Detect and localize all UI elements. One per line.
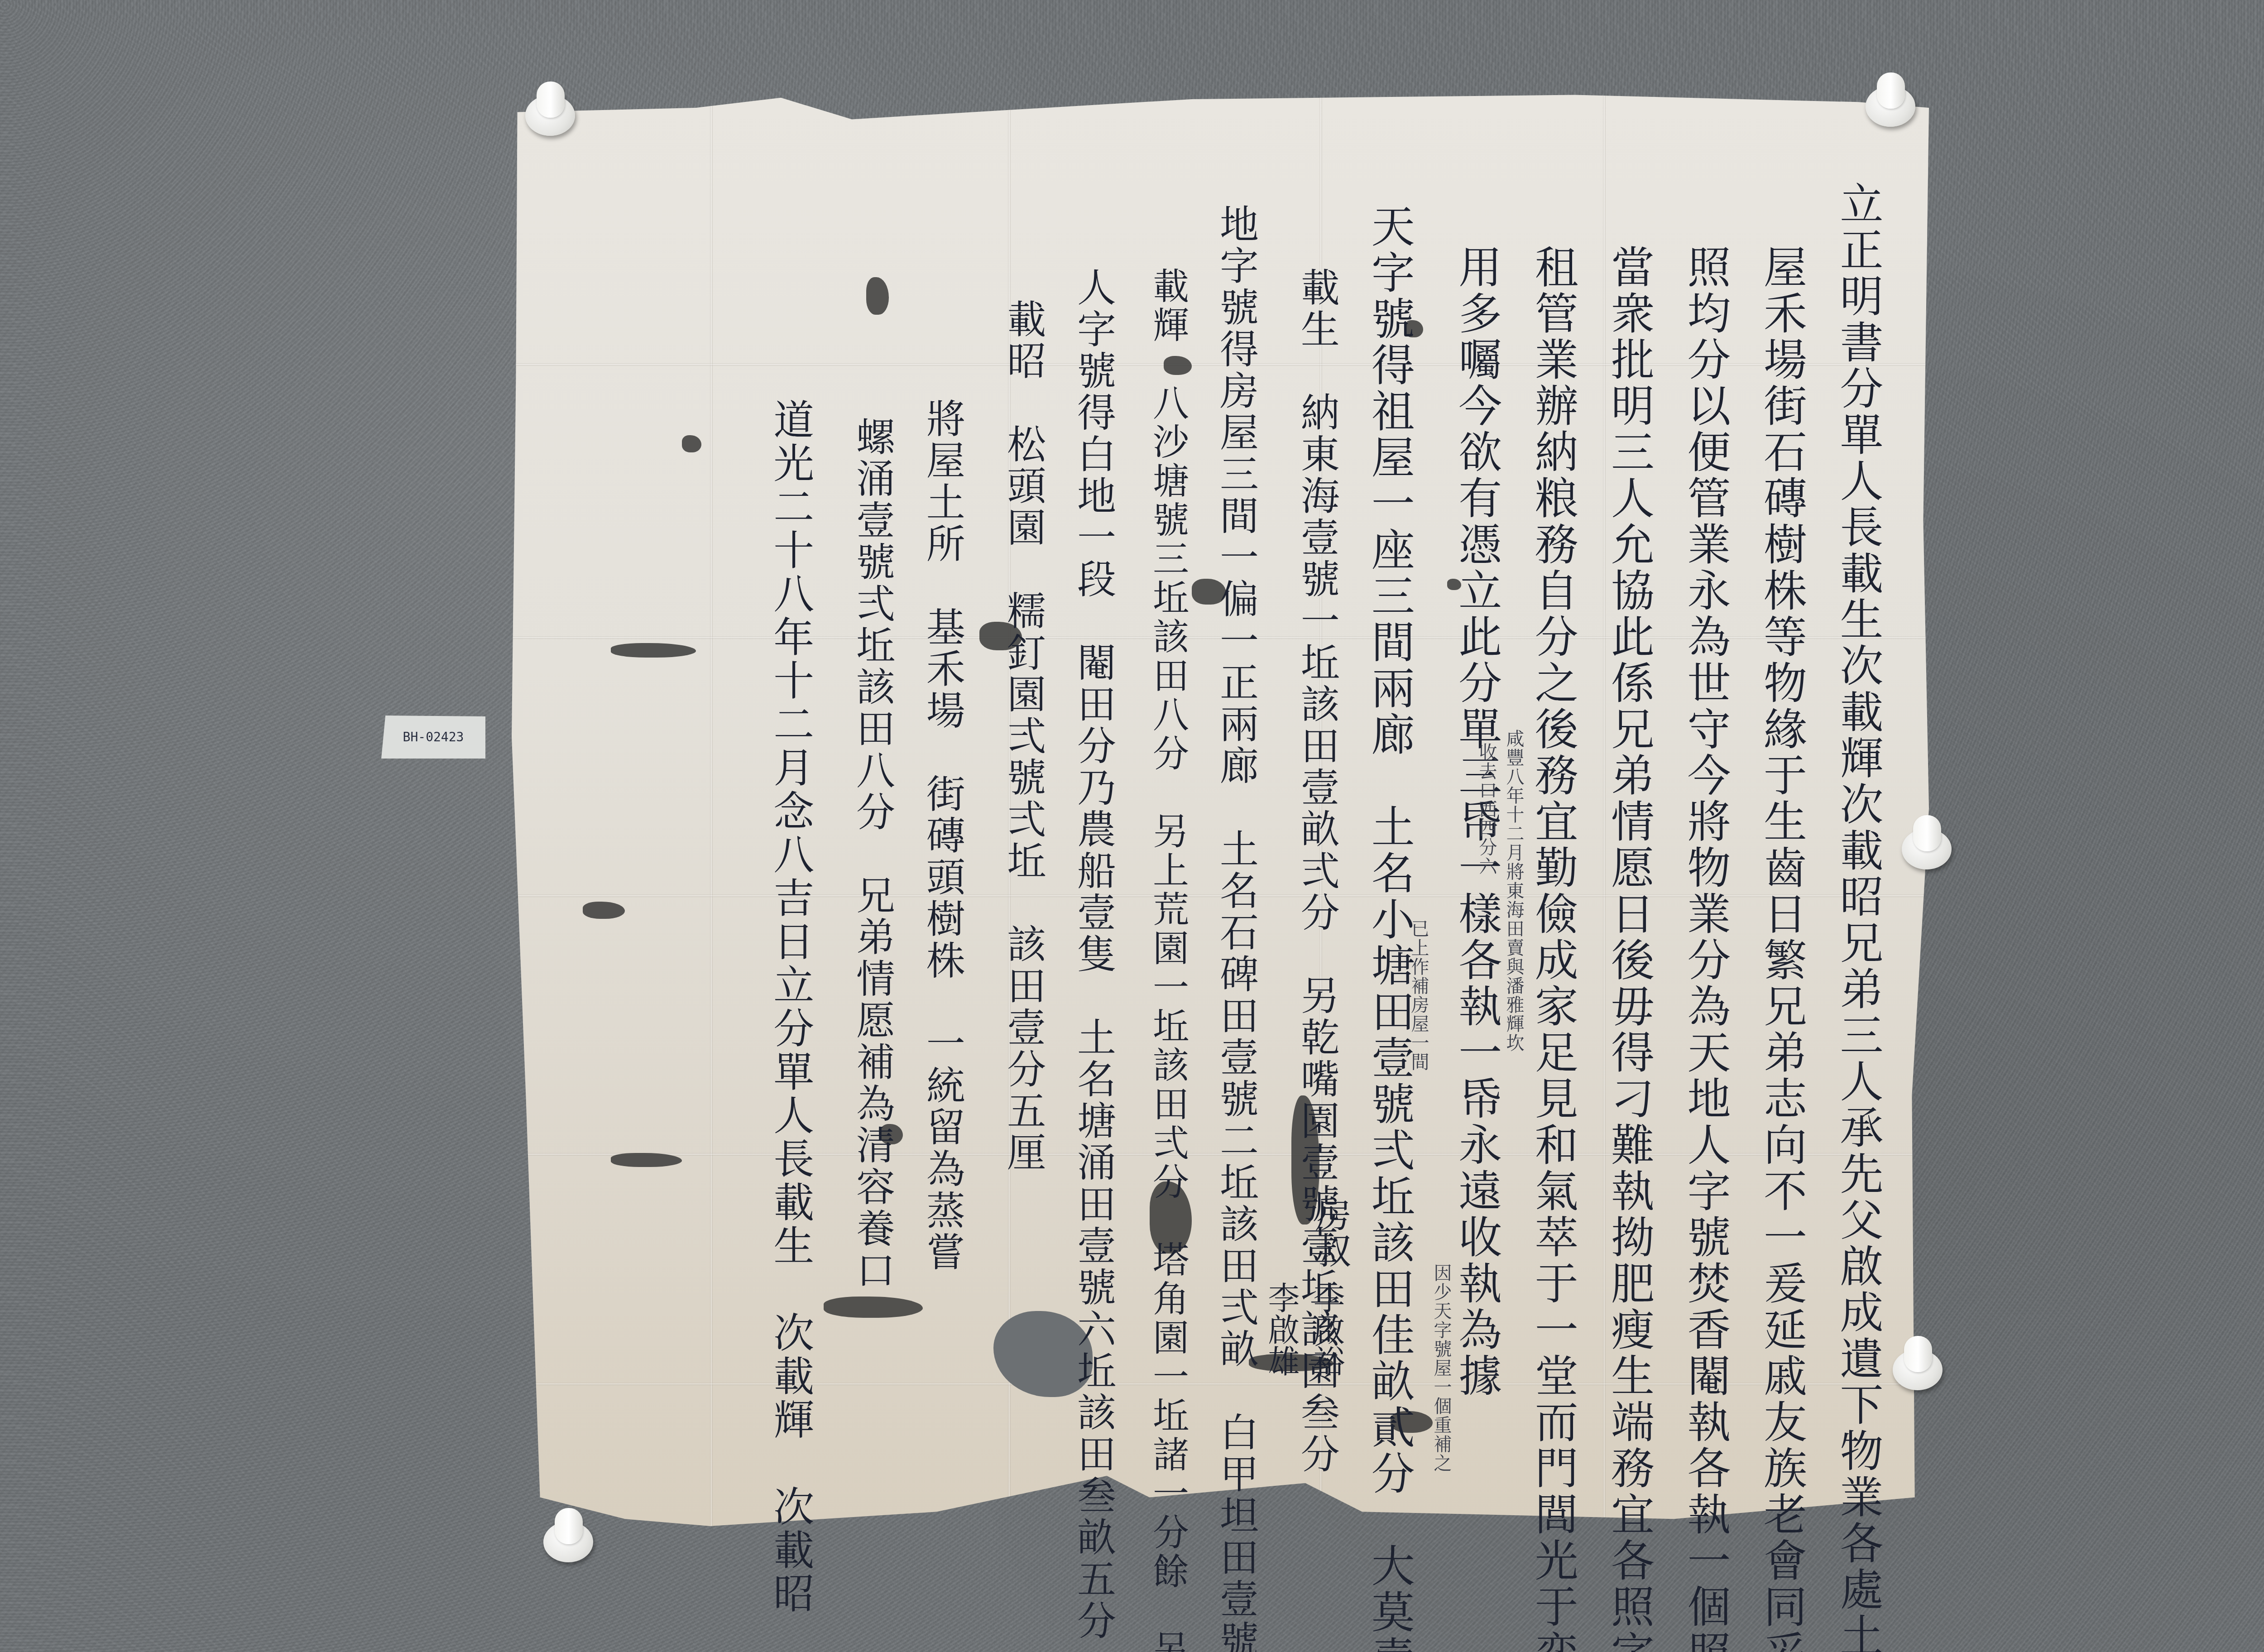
catalog-label-text: BH-02423 [403, 730, 464, 744]
text-column-heir-zaihui: 載輝 八沙塘號三坵該田八分 另上荒園一坵該田弍分 塔角園一坵諸一分餘 另補老范圍… [1142, 181, 1192, 1472]
witness-name: 李啟裕 [1304, 1282, 1350, 1377]
witness-name: 李啟雄 [1259, 1282, 1305, 1377]
text-column-date-signatories: 道光二十八年十二月念八吉日立分單人長載生 次載輝 次載昭 [762, 181, 818, 1472]
text-column-allotment-heaven: 天字號得祖屋一座三間兩廊 土名小塘田壹號弍坵該田佳畝貳分 大莫壹號壹坵該田壹畝 [1360, 181, 1420, 1472]
mounting-pin-top-left [521, 82, 580, 140]
text-column-allotment-man: 人字號得白地一段 閹田分乃農船壹隻 土名塘涌田壹號六坵該田叁畝五分 [1066, 181, 1120, 1472]
marginal-note: 因少天字號屋一個重補之 [1431, 1263, 1452, 1473]
text-column-allotment-earth: 地字號得房屋三間一偏一正兩廊 土名石碑田壹號二坵該田弍畝 白甲坦田壹號弍坵該田壹… [1209, 181, 1262, 1472]
witness-label: 房叔 [1304, 1196, 1356, 1268]
text-column: 屋禾場街石磚樹株等物緣于生齒日繁兄弟志向不一爰延戚友族老會同妥議所有財產 [1752, 181, 1812, 1472]
marginal-note: 咸豐八年十二月將東海田賣與潘雅輝坎 [1503, 729, 1524, 1052]
mounting-pin-bottom-left [539, 1508, 598, 1567]
mounting-pin-top-right [1861, 72, 1920, 131]
text-column: 當衆批明三人允協此係兄弟情愿日後毋得刁難執拗肥瘦生端務宜各照字號耕種發佃收 [1599, 181, 1659, 1472]
text-column-heir-zaisheng: 載生 納東海壹號一坵該田壹畝弍分 另乾嘴園壹號壹坵該園叁分 [1290, 181, 1343, 1472]
text-column-heir-zaizhao: 載昭 松頭園 糯釘園弍號弍坵 該田壹分五厘 [996, 181, 1050, 1472]
text-column: 照均分以便管業永為世守今將物業分為天地人字號焚香閹執各執一個照閹詳註分單 [1676, 181, 1736, 1472]
text-column-common-property: 將屋土所 基禾場 街磚頭樹株 一統留為蒸嘗 [915, 181, 969, 1472]
document-text: 立正明書分單人長載生次載輝次載昭兄弟三人承先父啟成遺下物業各處土名園田各房 屋禾… [611, 181, 1888, 1472]
mounting-pin-bottom-right [1888, 1336, 1947, 1395]
mounting-pin-right-middle [1897, 815, 1956, 874]
marginal-note: 已上作補房屋一間 [1408, 919, 1429, 1071]
text-column-support-note: 螺涌壹號弍坵該田八分 兄弟情愿補為清容養口 [845, 181, 899, 1472]
catalog-label: BH-02423 [381, 716, 485, 759]
text-column: 立正明書分單人長載生次載輝次載昭兄弟三人承先父啟成遺下物業各處土名園田各房 [1828, 181, 1888, 1472]
marginal-note: 收去口西四分六 [1476, 743, 1497, 876]
text-column: 租管業辦納粮務自分之後務宜勤儉成家足見和氣萃于一堂而門閭光于奕世屬在手足之情不 [1523, 181, 1583, 1472]
